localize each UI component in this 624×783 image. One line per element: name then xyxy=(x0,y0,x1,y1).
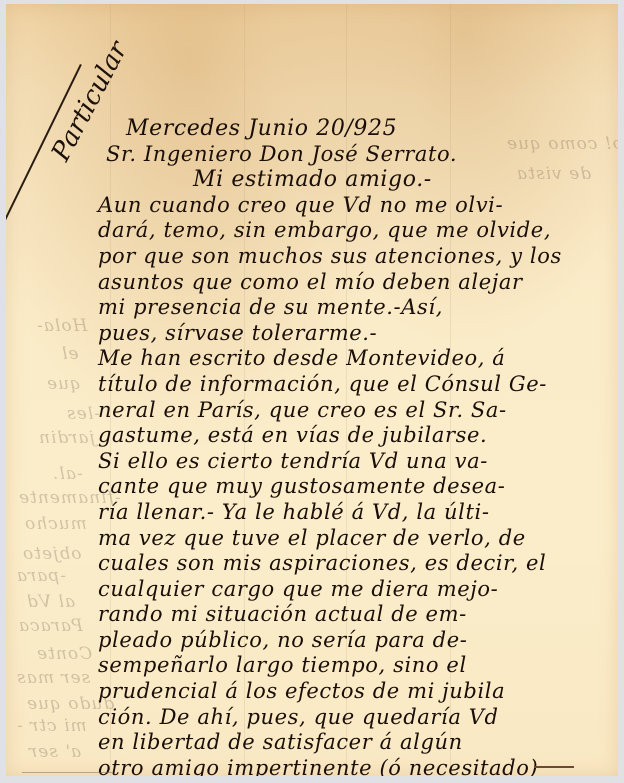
letter-line: neral en París, que creo es el Sr. Sa- xyxy=(98,398,618,424)
bleed-through-text: -les xyxy=(66,404,100,424)
letter-line: ción. De ahí, pues, que quedaría Vd xyxy=(98,705,618,731)
bleed-through-text: Hola- xyxy=(36,316,87,336)
bleed-through-text: jardin xyxy=(38,428,95,448)
bleed-through-text: al Vd xyxy=(26,592,75,612)
bleed-through-text: que xyxy=(46,374,81,394)
letter-line: ría llenar.- Ya le hablé á Vd, la últi- xyxy=(98,500,618,526)
addressee-line: Sr. Ingeniero Don José Serrato. xyxy=(98,142,618,168)
letter-line: título de información, que el Cónsul Ge- xyxy=(98,372,618,398)
letter-line: cualquier cargo que me diera mejo- xyxy=(98,577,618,603)
letter-line: Si ello es cierto tendría Vd una va- xyxy=(98,449,618,475)
bleed-through-text: Conte xyxy=(36,644,92,664)
letter-line: dará, temo, sin embargo, que me olvide, xyxy=(98,218,618,244)
letter-line: en libertad de satisfacer á algún xyxy=(98,730,618,756)
scanned-page: do! como que de vista Hola- el que -les … xyxy=(0,0,624,783)
letter-line: sempeñarlo largo tiempo, sino el xyxy=(98,653,618,679)
bleed-through-text: -para xyxy=(16,566,66,586)
letter-line: cante que muy gustosamente desea- xyxy=(98,474,618,500)
catchword-underline xyxy=(534,766,574,768)
bleed-through-text: mi ctr - xyxy=(16,716,87,736)
place-date-line: Mercedes Junio 20/925 xyxy=(98,116,618,142)
bleed-through-text: -al. xyxy=(52,464,83,484)
letter-line: pleado público, no sería para de- xyxy=(98,628,618,654)
letter-body: Mercedes Junio 20/925 Sr. Ingeniero Don … xyxy=(98,116,618,776)
letter-line: cuales son mis aspiraciones, es decir, e… xyxy=(98,551,618,577)
letter-line: ma vez que tuve el placer de verlo, de xyxy=(98,526,618,552)
bottom-rule-line xyxy=(22,772,112,773)
letter-line: pues, sírvase tolerarme.- xyxy=(98,321,618,347)
letter-paper: do! como que de vista Hola- el que -les … xyxy=(6,4,618,776)
salutation-line: Mi estimado amigo.- xyxy=(98,167,618,193)
bleed-through-text: el xyxy=(61,344,79,364)
bleed-through-text: objeto xyxy=(22,544,82,564)
bleed-through-text: mucho xyxy=(24,514,87,534)
letter-line: por que son muchos sus atenciones, y los xyxy=(98,244,618,270)
letter-line: mi presencia de su mente.-Así, xyxy=(98,295,618,321)
bleed-through-text: Paraca xyxy=(18,616,83,636)
letter-line: gastume, está en vías de jubilarse. xyxy=(98,423,618,449)
letter-line: Aun cuando creo que Vd no me olvi- xyxy=(98,193,618,219)
bleed-through-text: a' ser xyxy=(28,742,81,762)
letter-line: Me han escrito desde Montevideo, á xyxy=(98,346,618,372)
letter-line: rando mi situación actual de em- xyxy=(98,602,618,628)
letter-line: prudencial á los efectos de mi jubila xyxy=(98,679,618,705)
bleed-through-text: ser mas xyxy=(16,668,90,688)
letter-line: asuntos que como el mío deben alejar xyxy=(98,270,618,296)
